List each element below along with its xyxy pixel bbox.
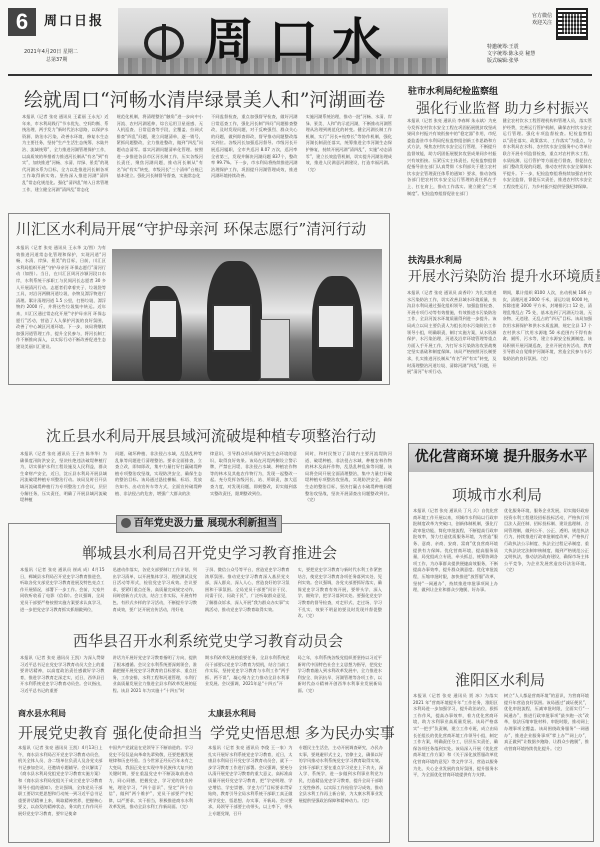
article-column: 不同监督检查，重点加强督导检查，做好河湖日常巡查工作，强化河长制“四问”问题排查… [211,114,298,194]
right-mid-body: 本报讯（记者 张亮 通讯员 高香玲）为扎实推进水污染防治工作，切实改善县域水环境… [407,290,592,420]
dancheng-headline: 郸城县水利局召开党史学习教育推进会 [82,542,337,563]
chuanhui-body: 本报讯（记者 张亮 通讯员 王永华 文/图）为有效推进河道常态化管理和保护，实现… [16,245,106,380]
section-title: 周口水利 [204,10,448,74]
section-title-banner: 周口水利 [118,8,448,74]
xiangcheng-body: 本报讯（记者 张亮 通讯员 丁凡 兵）自优化营商环境工作开展以来，项城市水利局以… [413,508,589,646]
shangshui-kicker: 商水县水利局 [18,708,66,719]
dancheng-body: 本报讯（记者 张亮 通讯员 崔成 成）4月15日，郸城县水利局召开党史学习教育推… [20,567,382,629]
article-column: 同时，和村民签订了县境内主要河流堤防河道、破堤种植、非法侵占水域、种植农林作物的… [305,451,392,509]
article-column: 本报讯（记者 张亮 通讯员 高香玲）为扎实推进水污染防治工作，切实改善县域水环境… [407,290,497,420]
article-column: 规范化机制，将清理整治“触角”进一步向中小河流、农村河湖延伸，综合运用卫星遥感、… [117,114,204,194]
xiangcheng-headline: 项城市水利局 [452,484,542,505]
article-column: 实，要把党史学习教育与新时代水利工作紧密结合，使党史学习教育各项任务落到实处、见… [298,567,383,629]
life-vest [148,299,178,339]
trash-bag [260,319,290,379]
article-column: 本报讯（记者 张亮 通讯员 贾 冰）为落实 2021 年“营商环境提升年”工作任… [413,693,498,838]
shangshui-body: 本报讯（记者 张亮 通讯员 王凯）4月13日上午，商水县水利局召开党史学习教育动… [18,745,193,839]
right-top-body: 本报讯（记者 张亮 通讯员 李春辉 朱永斌）为充分发挥农村饮水安全工程在巩固拓展… [407,118,592,248]
article-column: 本报讯（记者 张亮 通讯员 李春辉 朱永斌）为充分发挥农村饮水安全工程在巩固拓展… [407,118,497,248]
taikang-headline: 学党史悟思想 多为民办实事 [210,722,395,743]
taikang-body: 本报讯（记者 张亮 通讯员 李俊 王一家）为扎实开展好水利系统党史学习教育，近日… [208,745,383,839]
lead-article-body: 本报讯（记者 张亮 通讯员 王素丽 王永光）近年来，市水利局践行“节水优先、空间… [22,114,392,194]
chuanhui-headline: 川汇区水利局开展“守护母亲河 环保志愿行”清河行动 [16,218,366,239]
article-column: 本报讯（记者 张亮 通讯员 王凯）4月13日上午，商水县水利局召开党史学习教育动… [18,745,103,839]
article-column: 本报讯（记者 张亮 通讯员 丁凡 兵）自优化营商环境工作开展以来，项城市水利局以… [413,508,498,646]
paper-name: 周口日报 [44,10,104,29]
article-column: 迅速动作落实，各党支部要制订工作计划，列出学习清单，以开展集体学习、理论测试及党… [113,567,198,629]
party-emblem-icon [121,518,131,528]
business-env-banner: 优化营商环境 提升服务水平 [409,444,593,472]
article-column: 实施河湖系统治理，推动一批“河畅、水清、岸绿、景美、人和”的示范河湖，不断推动河… [306,114,393,194]
right-mid-headline: 开展水污染防治 提升水环境质量 [408,266,600,286]
taikang-kicker: 太康县水利局 [208,708,256,719]
page-number-badge: 6 [8,8,36,36]
editor-credits: 特邀统筹:王震 文字统筹:陈永亮 秘慧 版式编辑:张界 [487,44,535,65]
right-top-headline: 强化行业监督 助力乡村振兴 [416,98,588,118]
article-column: 本报讯（记者 张亮 通讯员 王子杰 陈华华）为确保度汛防洪安全，坚决杜绝违法破堤… [20,451,107,509]
right-mid-kicker: 扶沟县水利局 [408,253,462,266]
article-column: 树立“人人都是营商环境”的意识，为营商环境提升年营造良好氛围。该局通过“减证便民… [504,693,589,838]
date-line: 2021年4月20日 星期二 [24,48,78,55]
xihua-body: 本报讯（记者 张亮 通讯员 王凯）为深入贯彻习近平总书记在党史学习教育动员大会上… [20,655,382,697]
article-column: 律意识，引导群众形成保护河流生态环境的意识，取得良好效果。该局在河堤两侧设立警示… [210,451,297,509]
article-column: 本报讯（记者 张亮 通讯员 王凯）为深入贯彻习近平总书记在党史学习教育动员大会上… [20,655,105,697]
qr-caption-line: 欢迎关注 [520,20,552,27]
water-conservancy-logo-icon [144,26,184,60]
party-history-banner: 百年党史汲力量 展现水利新担当 [116,515,282,533]
article-column: 健全农村饮水工程管理机构和管理人员，落实管护经费，完善运行管护机制，确保农村饮水… [503,118,593,248]
volunteers-photo [112,249,382,381]
credit-line: 版式编辑:张界 [487,58,535,65]
qr-code-icon [556,8,588,40]
huaiyang-body: 本报讯（记者 张亮 通讯员 贾 冰）为落实 2021 年“营商环境提升年”工作任… [413,693,589,838]
huaiyang-headline: 淮阳区水利局 [455,669,545,690]
article-column: 本报讯（记者 张亮 通讯员 李俊 王一家）为扎实开展好水利系统党史学习教育，近日… [208,745,293,839]
qr-caption: 官方微信 欢迎关注 [520,13,552,27]
masthead-divider [8,74,592,76]
article-column: 局之年，水利系统各级党组织要坚持以习近平新时代中国特色社会主义思想为指导，把党史… [298,655,383,697]
shangshui-headline: 开展党史教育 强化使命担当 [18,722,203,743]
shenqiu-headline: 沈丘县水利局开展县域河流破堤种植专项整治行动 [46,425,376,446]
party-history-banner-text: 百年党史汲力量 展现水利新担当 [134,518,277,529]
article-column: 本报讯（记者 张亮 通讯员 崔成 成）4月15日，郸城县水利局召开党史学习教育推… [20,567,105,629]
xihua-headline: 西华县召开水利系统党史学习教育动员会 [73,630,343,651]
shenqiu-body: 本报讯（记者 张亮 通讯员 王子杰 陈华华）为确保度汛防洪安全，坚决杜绝违法破堤… [20,451,392,509]
article-column: 期水利改革发展的重要任务，全县水利系统党员干部要以党史学习教育为契机，结合当前工… [205,655,290,697]
credit-line: 文字统筹:陈永亮 秘慧 [487,51,535,58]
life-vest [212,304,252,352]
article-column: 问题、破坏种植、非法侵占水域，乱垦乱种等乱象等问题进行清理整治。要求全面排查，立… [115,451,202,509]
article-column: 优化服务环境，服务企业发展，切实做好政府投资水利工程建设招标投标活动，严格执行项… [504,508,589,646]
article-column: 中国共产党就是在党领导下不断前进的。学习党史不仅仅是向革命先辈致敬，还要把握发展… [109,745,194,839]
article-column: 讲话为开展好党史学习教育指明了方向，提供了根本遵循。会议全水利系统要深刻领会，准… [113,655,198,697]
article-column: 本报讯（记者 张亮 通讯员 王素丽 王永光）近年来，市水利局践行“节水优先、空间… [22,114,109,194]
article-column: 期间，累计组织 8100 人次，出动机械 186 台次，清理河道 2000 千米… [503,290,593,420]
article-column: 专题民主生活会，主动开展调查研究，办民办实事，要规避形式主义，官僚主义，确保以好… [299,745,384,839]
credit-line: 特邀统筹:王震 [487,44,535,51]
issue-line: 总第37期 [46,56,67,63]
lead-headline: 绘就周口“河畅水清岸绿景美人和”河湖画卷 [24,85,385,112]
qr-caption-line: 官方微信 [520,13,552,20]
right-top-kicker: 驻市水利局纪检监察组 [408,84,498,97]
life-vest [317,304,355,349]
article-column: 子屏、微信公众号等平台，营造党史学习教育浓厚氛围。推动党史学习教育深入基层党支部… [205,567,290,629]
